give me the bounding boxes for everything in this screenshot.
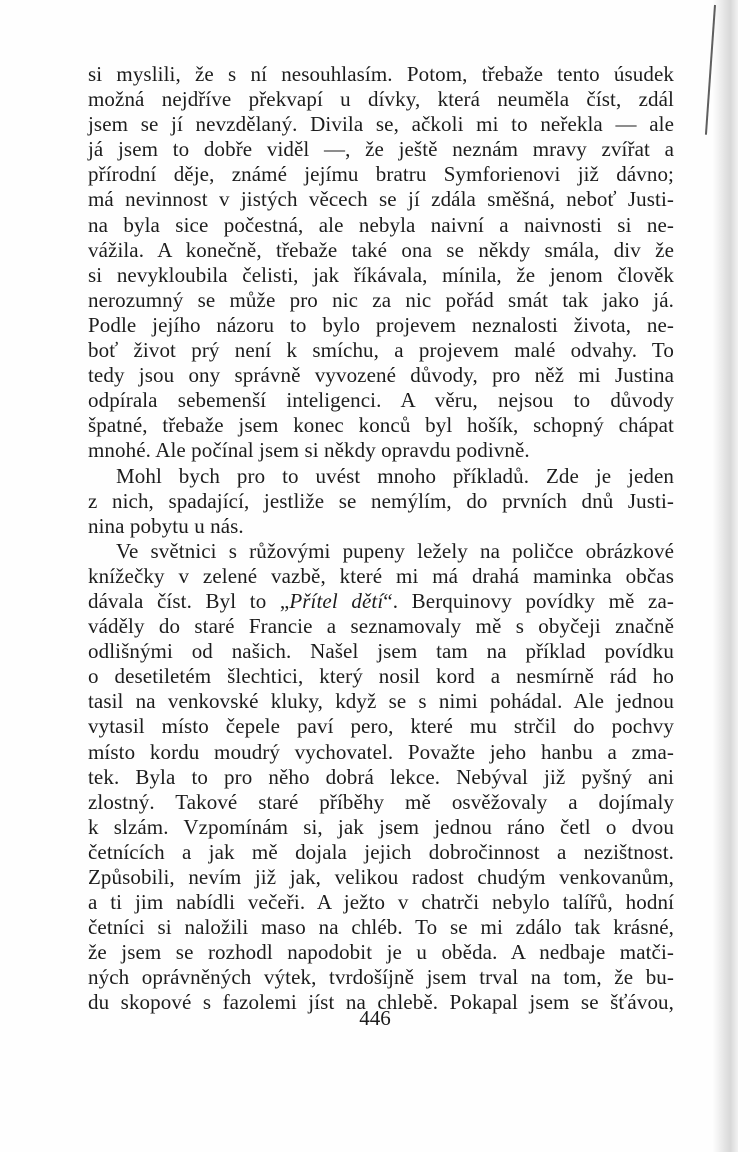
text-line: vážila. A konečně, třebaže také ona se n… (88, 238, 674, 263)
text-line: ných oprávněných výtek, tvrdošíjně jsem … (88, 965, 674, 990)
text-run: “. Berquinovy povídky mě za- (383, 589, 674, 613)
book-title-italic: Přítel dětí (289, 589, 383, 613)
paragraph-last-line: mnohé. Ale počínal jsem si někdy opravdu… (88, 438, 674, 463)
text-line: odpírala sebemenší inteligenci. A věru, … (88, 388, 674, 413)
text-line: váděly do staré Francie a seznamovaly mě… (88, 614, 674, 639)
text-run: dávala číst. Byl to „ (88, 589, 289, 613)
text-line: si myslili, že s ní nesouhlasím. Potom, … (88, 62, 674, 87)
text-line: špatné, třebaže jsem konec konců byl hoš… (88, 413, 674, 438)
page-gutter-shadow (712, 0, 738, 1152)
page-body-text: si myslili, že s ní nesouhlasím. Potom, … (88, 62, 674, 1016)
text-line: o desetiletém šlechtici, který nosil kor… (88, 664, 674, 689)
text-line: odlišnými od našich. Našel jsem tam na p… (88, 639, 674, 664)
text-line: já jsem to dobře viděl —, že ještě nezná… (88, 137, 674, 162)
book-page: si myslili, že s ní nesouhlasím. Potom, … (0, 0, 750, 1152)
text-line: místo kordu moudrý vychovatel. Považte j… (88, 740, 674, 765)
text-line: četníci si naložili maso na chléb. To se… (88, 915, 674, 940)
text-line: Podle jejího názoru to bylo projevem nez… (88, 313, 674, 338)
text-line: že jsem se rozhodl napodobit je u oběda.… (88, 940, 674, 965)
text-line: a ti jim nabídli večeři. A ježto v chatr… (88, 890, 674, 915)
text-line: jsem se jí nevzdělaný. Divila se, ačkoli… (88, 112, 674, 137)
paragraph-first-line: Mohl bych pro to uvést mnoho příkladů. Z… (88, 464, 674, 489)
text-line: vytasil místo čepele paví pero, které mu… (88, 714, 674, 739)
text-line: boť život prý není k smíchu, a projevem … (88, 338, 674, 363)
text-line: četnících a jak mě dojala jejich dobroči… (88, 840, 674, 865)
text-line: má nevinnost v jistých věcech se jí zdál… (88, 187, 674, 212)
text-line: z nich, spadající, jestliže se nemýlím, … (88, 489, 674, 514)
text-line: k slzám. Vzpomínám si, jak jsem jednou r… (88, 815, 674, 840)
text-line: na byla sice počestná, ale nebyla naivní… (88, 213, 674, 238)
text-line: přírodní děje, známé jejímu bratru Symfo… (88, 162, 674, 187)
text-line: tek. Byla to pro něho dobrá lekce. Nebýv… (88, 765, 674, 790)
text-line: možná nejdříve překvapí u dívky, která n… (88, 87, 674, 112)
text-line: zlostný. Takové staré příběhy mě osvěžov… (88, 790, 674, 815)
text-line: nerozumný se může pro nic za nic pořád s… (88, 288, 674, 313)
paragraph-last-line: nina pobytu u nás. (88, 514, 674, 539)
text-line-with-title: dávala číst. Byl to „Přítel dětí“. Berqu… (88, 589, 674, 614)
text-line: knížečky v zelené vazbě, které mi má dra… (88, 564, 674, 589)
paragraph-first-line: Ve světnici s růžovými pupeny ležely na … (88, 539, 674, 564)
text-line: Způsobili, nevím již jak, velikou radost… (88, 865, 674, 890)
text-line: tasil na venkovské kluky, když se s nimi… (88, 689, 674, 714)
text-line: si nevykloubila čelisti, jak říkávala, m… (88, 263, 674, 288)
text-line: tedy jsou ony správně vyvozené důvody, p… (88, 363, 674, 388)
page-number: 446 (0, 1006, 750, 1031)
